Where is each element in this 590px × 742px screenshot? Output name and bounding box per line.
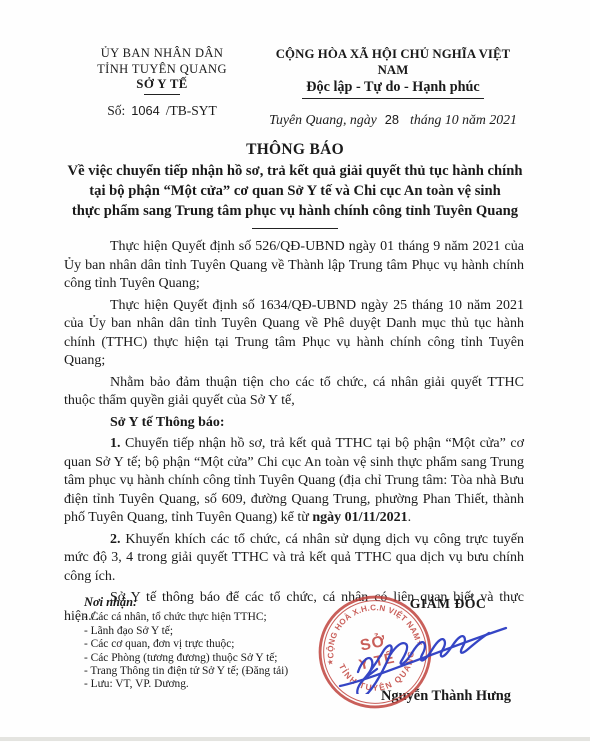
issuer-parent-line: ỦY BAN NHÂN DÂN [56,46,268,62]
item-1-text: Chuyển tiếp nhận hồ sơ, trả kết quả TTHC… [64,436,524,525]
recipient-item: - Các Phòng (tương đương) thuộc Sở Y tế; [84,652,288,665]
issuer-province-line: TỈNH TUYÊN QUANG [56,62,268,78]
paragraph-item-2: 2. Khuyến khích các tổ chức, cá nhân sử … [64,531,524,587]
date-day: 28 [385,112,399,127]
document-header: ỦY BAN NHÂN DÂN TỈNH TUYÊN QUANG SỞ Y TẾ… [0,0,590,128]
recipient-item: - Trang Thông tin điện tử Sở Y tế; (Đăng… [84,665,288,678]
recipient-item: - Lãnh đạo Sở Y tế; [84,625,288,638]
document-type-title: THÔNG BÁO [42,141,548,159]
recipient-item: - Các cá nhân, tổ chức thực hiện TTHC; [84,611,288,624]
subject-line-2: tại bộ phận “Một cửa” cơ quan Sở Y tế và… [42,181,548,201]
place-date-prefix: Tuyên Quang, ngày [269,112,377,127]
handwritten-signature [334,614,512,694]
document-body: Thực hiện Quyết định số 526/QĐ-UBND ngày… [0,229,590,626]
doc-no-label: Số: [107,103,125,118]
paragraph-announce-lead: Sở Y tế Thông báo: [64,414,524,433]
signature-scrawl-stroke [357,645,391,694]
document-page: ỦY BAN NHÂN DÂN TỈNH TUYÊN QUANG SỞ Y TẾ… [0,0,590,742]
subject-line-1: Về việc chuyển tiếp nhận hồ sơ, trả kết … [42,161,548,181]
issuer-underline [144,94,180,95]
recipient-item: - Các cơ quan, đơn vị trực thuộc; [84,638,288,651]
paragraph-basis-2: Thực hiện Quyết định số 1634/QĐ-UBND ngà… [64,297,524,371]
issuing-agency-block: ỦY BAN NHÂN DÂN TỈNH TUYÊN QUANG SỞ Y TẾ… [56,46,268,128]
item-2-number: 2. [110,532,121,547]
document-number-line: Số:1064/TB-SYT [56,103,268,119]
document-subject: Về việc chuyển tiếp nhận hồ sơ, trả kết … [42,161,548,221]
subject-line-3: thực phẩm sang Trung tâm phục vụ hành ch… [42,201,548,221]
paragraph-item-1: 1. Chuyển tiếp nhận hồ sơ, trả kết quả T… [64,435,524,528]
paragraph-basis-1: Thực hiện Quyết định số 526/QĐ-UBND ngày… [64,238,524,294]
recipients-heading: Nơi nhận: [84,596,288,609]
place-date-line: Tuyên Quang, ngày28tháng 10 năm 2021 [268,112,518,128]
recipient-item: - Lưu: VT, VP. Dương. [84,678,288,691]
title-block: THÔNG BÁO Về việc chuyển tiếp nhận hồ sơ… [0,141,590,229]
doc-no-value: 1064 [131,103,159,118]
item-1-effective-date: ngày 01/11/2021 [312,510,407,525]
national-title: CỘNG HÒA XÃ HỘI CHỦ NGHĨA VIỆT NAM [268,46,518,78]
item-1-number: 1. [110,436,121,451]
signature-loops-stroke [390,633,489,664]
item-1-period: . [408,510,412,525]
scan-bottom-edge [0,737,590,741]
item-2-text: Khuyến khích các tổ chức, cá nhân sử dụn… [64,532,524,584]
national-motto: Độc lập - Tự do - Hạnh phúc [302,79,483,99]
recipients-block: Nơi nhận: - Các cá nhân, tổ chức thực hi… [84,596,288,692]
issuer-name: SỞ Y TẾ [56,77,268,93]
date-suffix: tháng 10 năm 2021 [410,112,517,127]
paragraph-purpose: Nhằm bảo đảm thuận tiện cho các tổ chức,… [64,374,524,411]
doc-no-suffix: /TB-SYT [166,103,217,118]
national-motto-block: CỘNG HÒA XÃ HỘI CHỦ NGHĨA VIỆT NAM Độc l… [268,46,518,128]
